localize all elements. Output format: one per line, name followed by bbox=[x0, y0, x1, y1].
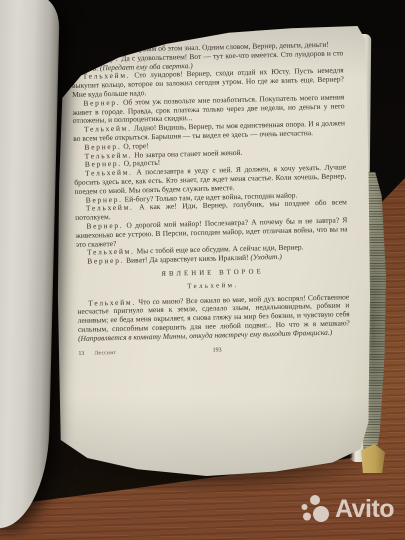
dialogue-block: ты говоришь, я бы первым об этом знал. О… bbox=[71, 40, 348, 267]
book-right-page: ты говоришь, я бы первым об этом знал. О… bbox=[56, 26, 370, 476]
speaker-name: Тельхейм. bbox=[83, 71, 131, 81]
page-text: ты говоришь, я бы первым об этом знал. О… bbox=[71, 40, 351, 359]
speaker-name: Тельхейм. bbox=[88, 297, 136, 307]
page-number: 193 bbox=[213, 346, 222, 355]
author-name: Лессинг bbox=[94, 349, 116, 358]
stage-direction: (Направляется в комнату Минны, откуда на… bbox=[78, 327, 332, 342]
avito-wordmark: Avito bbox=[335, 495, 394, 524]
speaker-name: Вернер. bbox=[83, 98, 120, 108]
book-photo: ты говоришь, я бы первым об этом знал. О… bbox=[0, 0, 405, 540]
play-paragraph: Тельхейм. Что со мною? Все ожило во мне,… bbox=[77, 293, 350, 344]
speaker-name: Вернер. bbox=[87, 256, 124, 266]
signature-mark: 13 bbox=[78, 349, 84, 358]
cast-line: Тельхейм. bbox=[77, 279, 349, 294]
avito-logo-icon bbox=[300, 494, 332, 524]
page-footer: 13 Лессинг 193 bbox=[78, 343, 350, 360]
speaker-name: Вернер. bbox=[86, 221, 123, 231]
avito-watermark: Avito bbox=[300, 494, 394, 524]
speaker-name: Тельхейм. bbox=[85, 168, 133, 178]
monologue-block: Тельхейм. Что со мною? Все ожило во мне,… bbox=[77, 293, 350, 344]
speaker-name: Тельхейм. bbox=[84, 124, 132, 134]
stage-direction: (Уходит.) bbox=[248, 252, 282, 262]
speaker-name: Тельхейм. bbox=[86, 203, 134, 213]
